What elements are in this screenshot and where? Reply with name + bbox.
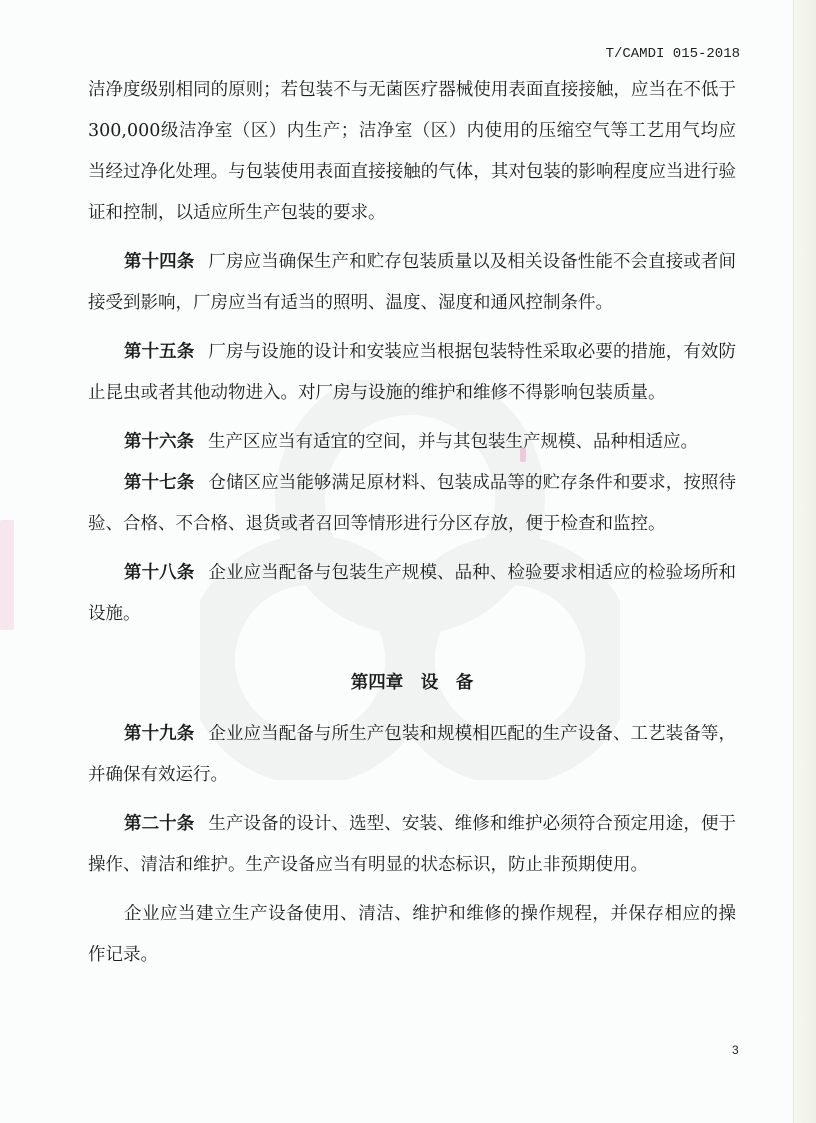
article-label: 第十八条: [124, 563, 194, 583]
article-14: 第十四条厂房应当确保生产和贮存包装质量以及相关设备性能不会直接或者间接受到影响，…: [88, 242, 736, 324]
article-18: 第十八条企业应当配备与包装生产规模、品种、检验要求相适应的检验场所和设施。: [88, 553, 736, 635]
article-label: 第十五条: [124, 342, 194, 362]
article-label: 第十六条: [124, 432, 194, 452]
intro-paragraph: 洁净度级别相同的原则；若包装不与无菌医疗器械使用表面直接接触，应当在不低于300…: [88, 70, 736, 234]
document-code: T/CAMDI 015-2018: [606, 46, 740, 62]
article-label: 第十九条: [124, 724, 194, 744]
page-number: 3: [732, 1043, 739, 1057]
closing-paragraph: 企业应当建立生产设备使用、清洁、维护和维修的操作规程，并保存相应的操作记录。: [88, 894, 736, 976]
document-body: 洁净度级别相同的原则；若包装不与无菌医疗器械使用表面直接接触，应当在不低于300…: [88, 70, 736, 976]
article-label: 第二十条: [124, 814, 194, 834]
chapter-title: 第四章 设 备: [88, 663, 736, 704]
article-label: 第十四条: [124, 252, 194, 272]
scan-page-edge: [793, 0, 816, 1123]
stamp-trace: [0, 520, 14, 630]
article-15: 第十五条厂房与设施的设计和安装应当根据包装特性采取必要的措施，有效防止昆虫或者其…: [88, 332, 736, 414]
article-label: 第十七条: [124, 473, 194, 493]
article-19: 第十九条企业应当配备与所生产包装和规模相匹配的生产设备、工艺装备等，并确保有效运…: [88, 714, 736, 796]
article-text: 生产区应当有适宜的空间，并与其包装生产规模、品种相适应。: [208, 432, 698, 452]
article-20: 第二十条生产设备的设计、选型、安装、维修和维护必须符合预定用途，便于操作、清洁和…: [88, 804, 736, 886]
article-17: 第十七条仓储区应当能够满足原材料、包装成品等的贮存条件和要求，按照待验、合格、不…: [88, 463, 736, 545]
article-16: 第十六条生产区应当有适宜的空间，并与其包装生产规模、品种相适应。: [88, 422, 736, 463]
